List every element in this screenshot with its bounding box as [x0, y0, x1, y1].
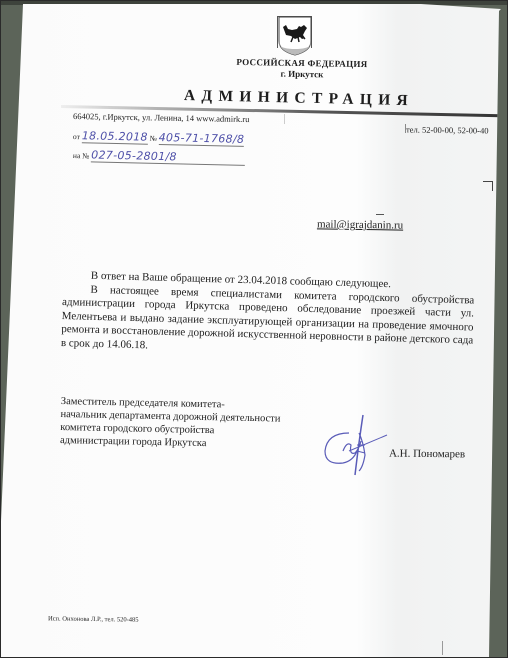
- date-label: от: [73, 132, 80, 141]
- letter-body: В ответ на Ваше обращение от 23.04.2018 …: [61, 269, 475, 361]
- signer-name: А.Н. Пономарев: [389, 448, 465, 461]
- recipient-email: mail@igrajdanin.ru: [317, 218, 403, 231]
- number-value: 405-71-1768/8: [159, 131, 245, 146]
- scan-frame: РОССИЙСКАЯ ФЕДЕРАЦИЯ г. Иркутск АДМИНИСТ…: [0, 0, 508, 658]
- reply-to-value: 027-05-2801/8: [91, 148, 177, 163]
- body-paragraph: В настоящее время специалистами комитета…: [61, 282, 475, 361]
- letter-page: РОССИЙСКАЯ ФЕДЕРАЦИЯ г. Иркутск АДМИНИСТ…: [1, 1, 508, 658]
- reply-to-label: на №: [73, 151, 90, 160]
- handwritten-signature-icon: [319, 411, 389, 481]
- number-label: №: [150, 134, 157, 143]
- letterhead-address: 664025, г.Иркутск, ул. Ленина, 14 www.ad…: [73, 111, 250, 124]
- signer-position: Заместитель председателя комитета- начал…: [60, 395, 341, 453]
- address-corner-mark: [483, 181, 493, 191]
- reference-outgoing: от 18.05.2018 № 405-71-1768/8: [73, 129, 245, 147]
- scan-artifact: [442, 641, 443, 655]
- letterhead-organization: АДМИНИСТРАЦИЯ: [184, 87, 414, 110]
- date-value: 18.05.2018: [82, 129, 148, 143]
- address-divider: [284, 114, 285, 124]
- letterhead-city: г. Иркутск: [227, 68, 377, 81]
- reference-incoming: на № 027-05-2801/8: [73, 148, 245, 166]
- dash-mark: [376, 214, 384, 215]
- executor-note: Исп. Онхонова Л.Р., тел. 520-485: [48, 615, 139, 623]
- irkutsk-coat-of-arms-icon: [277, 15, 313, 57]
- letterhead-phone: тел. 52-00-00, 52-00-40: [406, 124, 489, 135]
